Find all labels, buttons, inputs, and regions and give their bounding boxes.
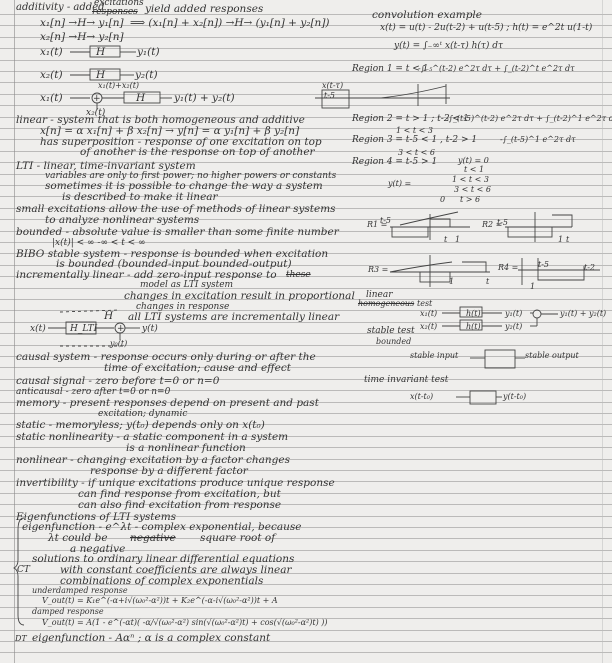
r4-plot <box>518 258 600 285</box>
incremental-block-diagram <box>48 310 140 346</box>
ti-test-diagram <box>456 391 502 404</box>
ct-brace <box>14 518 24 625</box>
r2-plot <box>505 212 572 242</box>
region1-plot <box>315 84 450 108</box>
diagram-strokes <box>0 0 612 663</box>
stable-test-diagram <box>470 350 525 368</box>
r3-plot <box>390 255 490 287</box>
r1-plot <box>390 212 470 240</box>
notebook-page: additivity - added excitations responses… <box>0 0 612 663</box>
block-diagram-1 <box>70 46 172 110</box>
linear-test-diagram <box>442 307 558 330</box>
